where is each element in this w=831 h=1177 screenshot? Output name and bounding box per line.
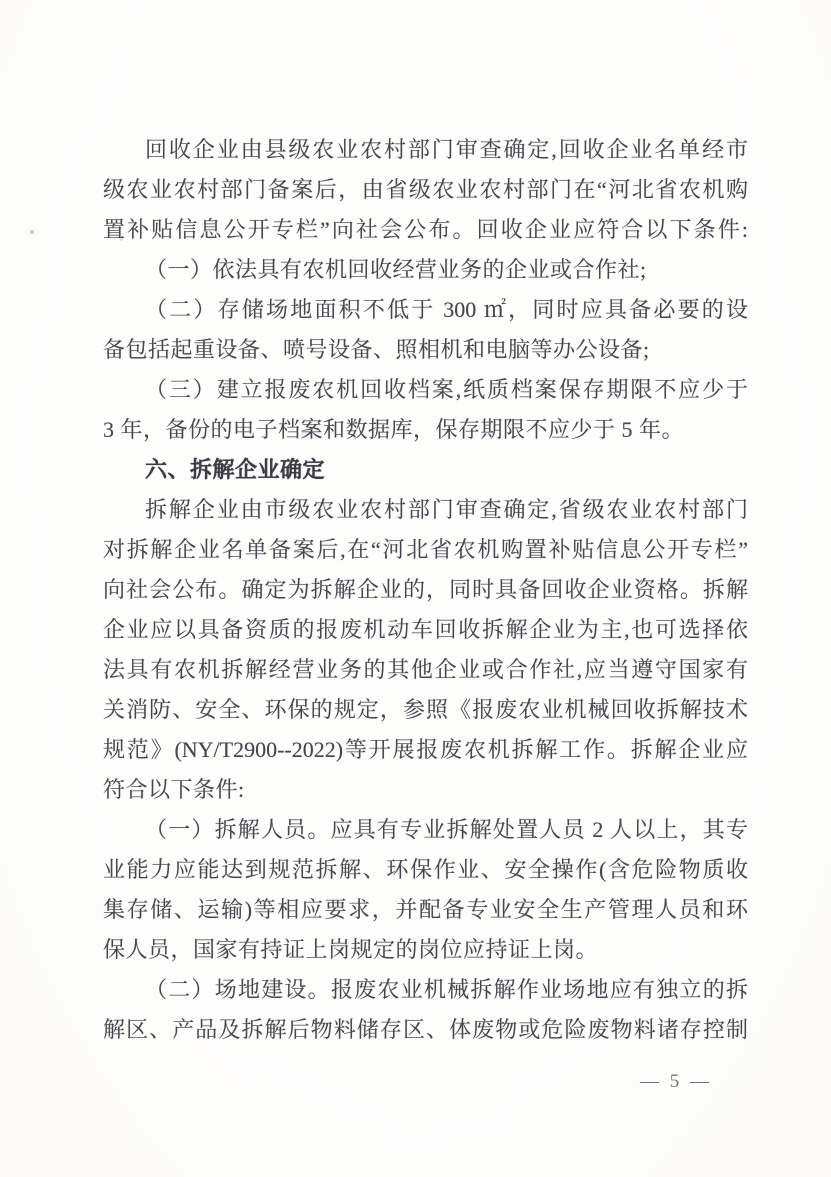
text-line: 符合以下条件: bbox=[103, 770, 748, 810]
document-page: 回收企业由县级农业农村部门审查确定,回收企业名单经市级农业农村部门备案后，由省级… bbox=[0, 0, 831, 1177]
text-line: 对拆解企业名单备案后,在“河北省农机购置补贴信息公开专栏” bbox=[103, 530, 748, 570]
text-line: （二）场地建设。报废农业机械拆解作业场地应有独立的拆 bbox=[103, 970, 748, 1010]
text-line: 3 年，备份的电子档案和数据库，保存期限不应少于 5 年。 bbox=[103, 410, 748, 450]
text-line: 业能力应能达到规范拆解、环保作业、安全操作(含危险物质收 bbox=[103, 850, 748, 890]
text-line: 保人员，国家有持证上岗规定的岗位应持证上岗。 bbox=[103, 930, 748, 970]
text-line: 规范》(NY/T2900--2022)等开展报废农机拆解工作。拆解企业应 bbox=[103, 730, 748, 770]
page-number: — 5 — bbox=[640, 1068, 750, 1096]
text-line: 企业应以具备资质的报废机动车回收拆解企业为主,也可选择依 bbox=[103, 610, 748, 650]
text-line: 向社会公布。确定为拆解企业的，同时具备回收企业资格。拆解 bbox=[103, 570, 748, 610]
text-line: 法具有农机拆解经营业务的其他企业或合作社,应当遵守国家有 bbox=[103, 650, 748, 690]
document-text: 回收企业由县级农业农村部门审查确定,回收企业名单经市级农业农村部门备案后，由省级… bbox=[103, 130, 748, 1050]
text-line: 备包括起重设备、喷号设备、照相机和电脑等办公设备; bbox=[103, 330, 748, 370]
text-line: 集存储、运输)等相应要求，并配备专业安全生产管理人员和环 bbox=[103, 890, 748, 930]
text-line: （三）建立报废农机回收档案,纸质档案保存期限不应少于 bbox=[103, 370, 748, 410]
text-line: 级农业农村部门备案后，由省级农业农村部门在“河北省农机购 bbox=[103, 170, 748, 210]
text-line: 解区、产品及拆解后物料储存区、体废物或危险废物料诸存控制 bbox=[103, 1010, 748, 1050]
text-line: 置补贴信息公开专栏”向社会公布。回收企业应符合以下条件: bbox=[103, 210, 748, 250]
text-line: （一）依法具有农机回收经营业务的企业或合作社; bbox=[103, 250, 748, 290]
section-heading: 六、拆解企业确定 bbox=[103, 450, 748, 490]
text-line: （二）存储场地面积不低于 300 ㎡，同时应具备必要的设 bbox=[103, 290, 748, 330]
text-line: 关消防、安全、环保的规定，参照《报废农业机械回收拆解技术 bbox=[103, 690, 748, 730]
text-line: 回收企业由县级农业农村部门审查确定,回收企业名单经市 bbox=[103, 130, 748, 170]
text-line: （一）拆解人员。应具有专业拆解处置人员 2 人以上，其专 bbox=[103, 810, 748, 850]
text-line: 拆解企业由市级农业农村部门审查确定,省级农业农村部门 bbox=[103, 490, 748, 530]
scan-speck bbox=[30, 230, 34, 234]
